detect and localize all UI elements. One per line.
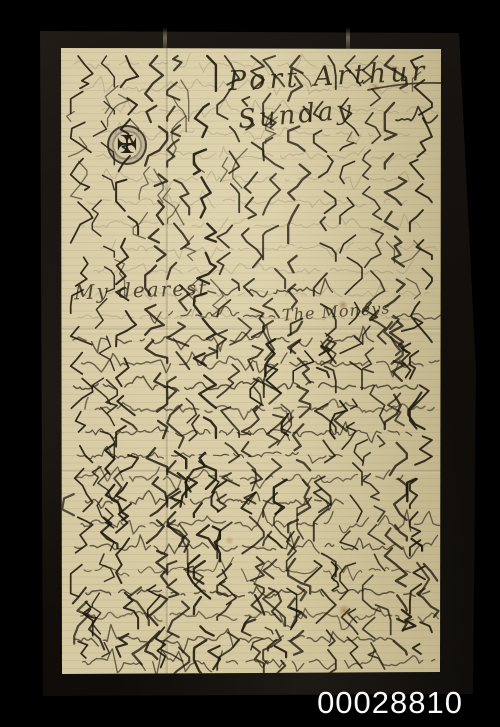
foxing-spot bbox=[225, 536, 234, 545]
fold-crease bbox=[61, 327, 441, 332]
foxing-spot bbox=[338, 604, 351, 617]
photo-scene: ✠ Port Arthur Sunday My dearest The Mone… bbox=[0, 0, 500, 727]
salutation: My dearest bbox=[74, 276, 209, 305]
tape-hinge-mark bbox=[163, 27, 167, 51]
fold-crease bbox=[165, 48, 170, 674]
tape-hinge-mark bbox=[346, 27, 350, 51]
letter-paper: ✠ Port Arthur Sunday My dearest The Mone… bbox=[0, 0, 500, 727]
embossed-seal: ✠ bbox=[107, 125, 147, 165]
maltese-cross-icon: ✠ bbox=[117, 132, 138, 157]
fold-crease bbox=[61, 469, 441, 474]
catalog-number: 00028810 bbox=[317, 685, 463, 721]
